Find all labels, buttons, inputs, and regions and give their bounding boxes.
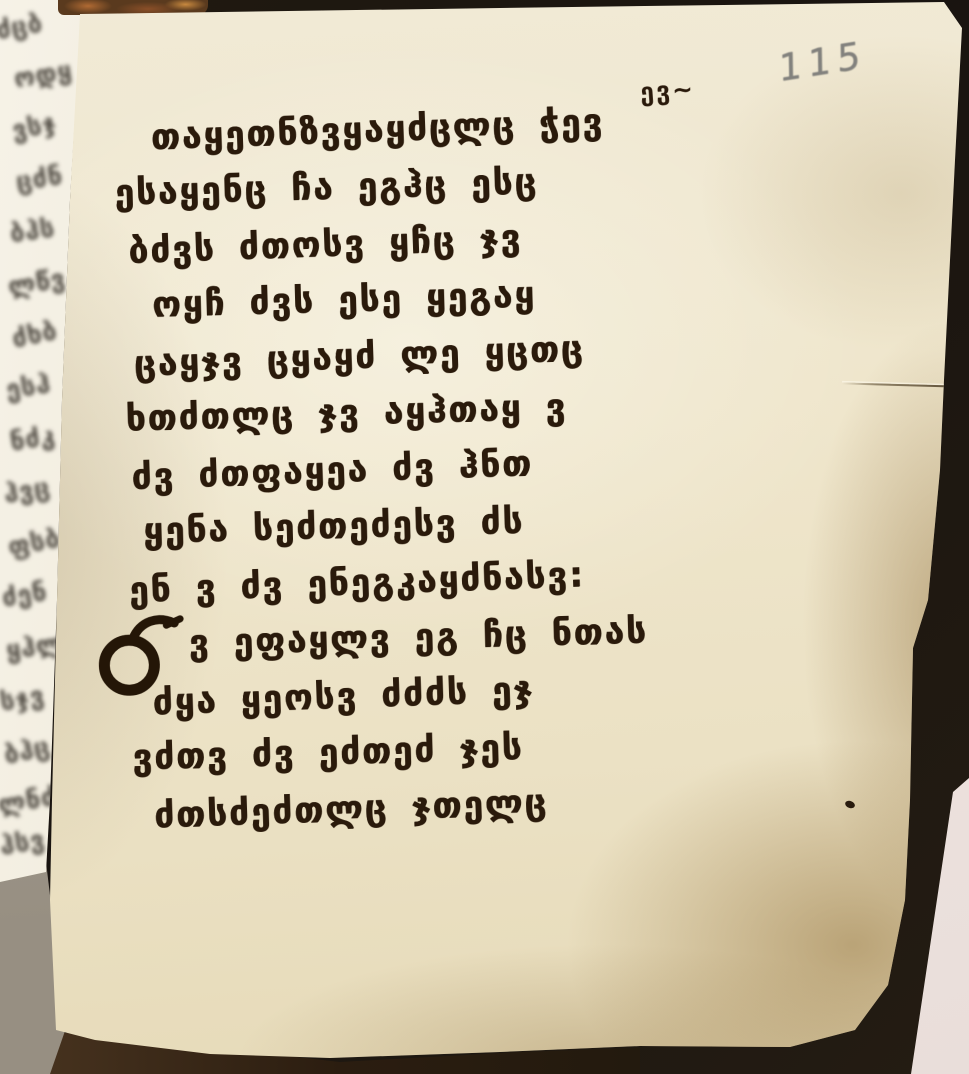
parchment-page: 115 ევ~ თაყეთნზვყაყძცლც ჭევ ესაყენც ჩა ე… [0, 0, 969, 1074]
adjacent-page-text-fragment: ლწვ [6, 264, 68, 302]
adjacent-page-text-fragment: ძცბ [0, 8, 45, 45]
adjacent-page-text-fragment: ცძნ [14, 161, 65, 197]
adjacent-page-text-fragment: ძხბ [9, 316, 60, 354]
adjacent-page-text-fragment: ვსჯ [10, 108, 60, 145]
manuscript-text-block: თაყეთნზვყაყძცლც ჭევ ესაყენც ჩა ეგჰც ესც … [112, 88, 825, 844]
adjacent-page-text-fragment: ფსბ [6, 523, 63, 562]
adjacent-page-text-fragment: ოდყ [12, 56, 74, 94]
adjacent-page-text-fragment: ჰსვ [0, 825, 47, 861]
adjacent-page-text-fragment: ჰვც [2, 473, 52, 509]
adjacent-page-text-fragment: ესჰ [4, 369, 53, 405]
manuscript-text-line: ვ ეფაყლვ ეგ ჩც ნთას [188, 611, 648, 663]
adjacent-page-text-fragment: ნძკ [8, 421, 57, 457]
ink-blot [844, 800, 856, 810]
folio-number: 115 [778, 33, 866, 90]
adjacent-page-text-fragment: ბჰც [1, 731, 52, 769]
parchment-crack [842, 382, 958, 387]
adjacent-page-text-fragment: სჯვ [0, 681, 47, 717]
manuscript-photo: ოდყ ვსჯ ცძნ ბჰს ლწვ ძხბ ესჰ ნძკ ჰვც ფსბ … [0, 0, 969, 1074]
adjacent-page-text-fragment: ბჰს [8, 213, 57, 248]
adjacent-page-text-fragment: ძენ [0, 577, 49, 613]
